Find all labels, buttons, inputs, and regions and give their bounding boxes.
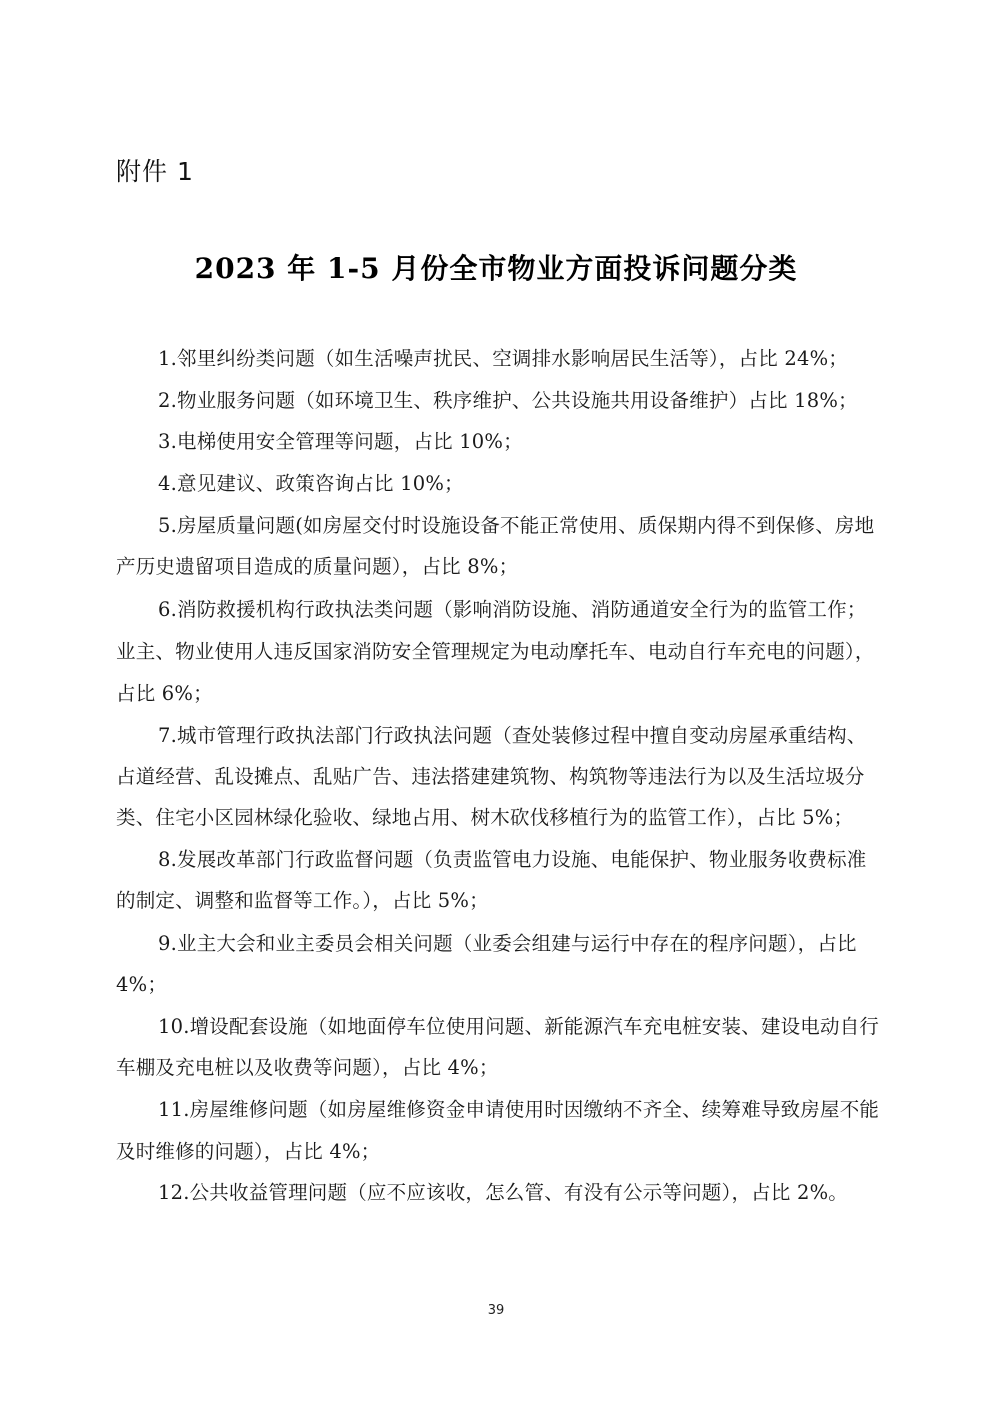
paragraph-line: 产历史遗留项目造成的质量问题），占比 8%； [116, 551, 518, 579]
paragraph-line: 类、住宅小区园林绿化验收、绿地占用、树木砍伐移植行为的监管工作），占比 5%； [116, 802, 853, 830]
paragraph-line: 6.消防救援机构行政执法类问题（影响消防设施、消防通道安全行为的监管工作； [158, 594, 867, 622]
paragraph-line: 车棚及充电桩以及收费等问题），占比 4%； [116, 1052, 499, 1080]
paragraph-line: 3.电梯使用安全管理等问题，占比 10%； [158, 426, 523, 454]
page-title: 2023 年 1-5 月份全市物业方面投诉问题分类 [0, 247, 992, 287]
paragraph-line: 9.业主大会和业主委员会相关问题（业委会组建与运行中存在的程序问题），占比 [158, 928, 857, 956]
paragraph-line: 11.房屋维修问题（如房屋维修资金申请使用时因缴纳不齐全、续筹难导致房屋不能 [158, 1094, 879, 1122]
page-number: 39 [0, 1303, 992, 1318]
attachment-label: 附件 1 [116, 152, 194, 188]
paragraph-line: 及时维修的问题），占比 4%； [116, 1136, 380, 1164]
paragraph-line: 12.公共收益管理问题（应不应该收，怎么管、有没有公示等问题），占比 2%。 [158, 1177, 848, 1205]
paragraph-line: 的制定、调整和监督等工作。），占比 5%； [116, 885, 489, 913]
paragraph-line: 4%； [116, 969, 167, 997]
paragraph-line: 1.邻里纠纷类问题（如生活噪声扰民、空调排水影响居民生活等），占比 24%； [158, 343, 848, 371]
paragraph-line: 4.意见建议、政策咨询占比 10%； [158, 468, 464, 496]
paragraph-line: 10.增设配套设施（如地面停车位使用问题、新能源汽车充电桩安装、建设电动自行 [158, 1011, 879, 1039]
paragraph-line: 占比 6%； [116, 678, 213, 706]
paragraph-line: 占道经营、乱设摊点、乱贴广告、违法搭建建筑物、构筑物等违法行为以及生活垃圾分 [116, 761, 865, 789]
paragraph-line: 8.发展改革部门行政监督问题（负责监管电力设施、电能保护、物业服务收费标准 [158, 844, 867, 872]
paragraph-line: 业主、物业使用人违反国家消防安全管理规定为电动摩托车、电动自行车充电的问题）， [116, 636, 875, 664]
paragraph-line: 7.城市管理行政执法部门行政执法问题（查处装修过程中擅自变动房屋承重结构、 [158, 720, 867, 748]
paragraph-line: 2.物业服务问题（如环境卫生、秩序维护、公共设施共用设备维护）占比 18%； [158, 385, 858, 413]
paragraph-line: 5.房屋质量问题(如房屋交付时设施设备不能正常使用、质保期内得不到保修、房地 [158, 510, 874, 538]
